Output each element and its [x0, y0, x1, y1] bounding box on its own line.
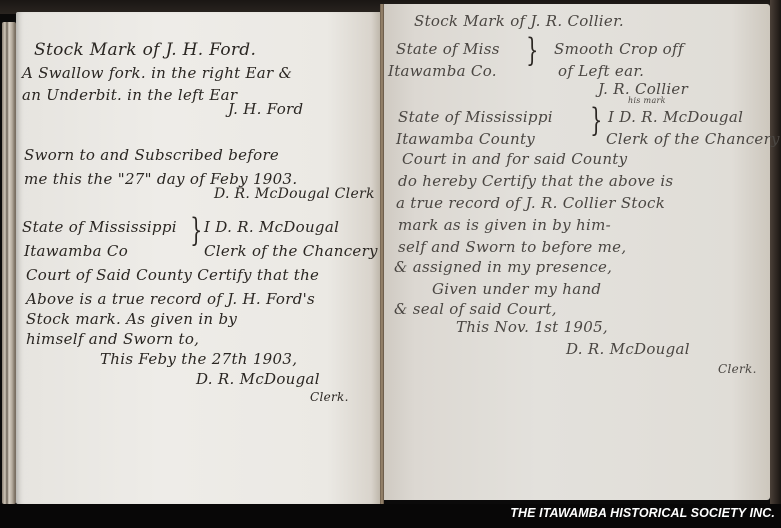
collier-brace: }	[526, 34, 538, 66]
left-cert-line-4: Above is a true record of J. H. Ford's	[26, 290, 315, 308]
ford-signature: J. H. Ford	[228, 100, 303, 118]
right-cert-line-4: do hereby Certify that the above is	[398, 172, 673, 190]
collier-state: State of Miss	[396, 40, 500, 58]
right-cert-line-3: Court in and for said County	[402, 150, 627, 168]
left-cert-county: Itawamba Co	[24, 242, 128, 260]
ford-mark-line-2: an Underbit. in the left Ear	[22, 86, 237, 104]
ford-mark-line-1: A Swallow fork. in the right Ear &	[22, 64, 292, 82]
right-cert-county: Itawamba County	[396, 130, 535, 148]
right-cert-line-6: mark as is given in by him-	[398, 216, 611, 234]
collier-stock-mark-title: Stock Mark of J. R. Collier.	[414, 12, 624, 30]
right-cert-line-5: a true record of J. R. Collier Stock	[396, 194, 665, 212]
credit-caption: THE ITAWAMBA HISTORICAL SOCIETY INC.	[510, 506, 775, 520]
right-cert-line-9: Given under my hand	[432, 280, 601, 298]
right-cert-clerk-name: I D. R. McDougal	[608, 108, 743, 126]
right-cert-line-8: & assigned in my presence,	[394, 258, 612, 276]
left-cert-clerk-name: I D. R. McDougal	[204, 218, 339, 236]
oath-clerk-signature: D. R. McDougal Clerk	[214, 186, 375, 202]
oath-line-1: Sworn to and Subscribed before	[24, 146, 279, 164]
right-cert-line-7: self and Sworn to before me,	[398, 238, 626, 256]
right-cert-signature: D. R. McDougal	[566, 340, 690, 358]
collier-mark-line-1: Smooth Crop off	[554, 40, 684, 58]
collier-mark-line-2: of Left ear.	[558, 62, 644, 80]
left-cert-clerk-title: Clerk of the Chancery	[204, 242, 378, 260]
right-cert-date: This Nov. 1st 1905,	[456, 318, 608, 336]
collier-his-mark: his mark	[628, 96, 666, 105]
right-cert-clerk-title: Clerk of the Chancery	[606, 130, 780, 148]
left-cert-brace: }	[190, 214, 202, 246]
ledger-photo: Stock Mark of J. H. Ford. A Swallow fork…	[0, 0, 781, 528]
left-cert-clerk-label: Clerk.	[310, 390, 349, 404]
left-cert-line-5: Stock mark. As given in by	[26, 310, 237, 328]
right-cert-clerk-label: Clerk.	[718, 362, 757, 376]
left-cert-line-3: Court of Said County Certify that the	[26, 266, 319, 284]
left-cert-line-6: himself and Sworn to,	[26, 330, 199, 348]
left-page-stack-edge	[2, 22, 16, 504]
ford-stock-mark-title: Stock Mark of J. H. Ford.	[34, 40, 256, 60]
right-cert-line-10: & seal of said Court,	[394, 300, 557, 318]
left-cert-signature: D. R. McDougal	[196, 370, 320, 388]
right-cert-state: State of Mississippi	[398, 108, 553, 126]
collier-county: Itawamba Co.	[388, 62, 497, 80]
right-cover-edge	[770, 0, 781, 504]
left-cert-state: State of Mississippi	[22, 218, 177, 236]
left-cert-date: This Feby the 27th 1903,	[100, 350, 297, 368]
right-cert-brace: }	[590, 104, 602, 136]
